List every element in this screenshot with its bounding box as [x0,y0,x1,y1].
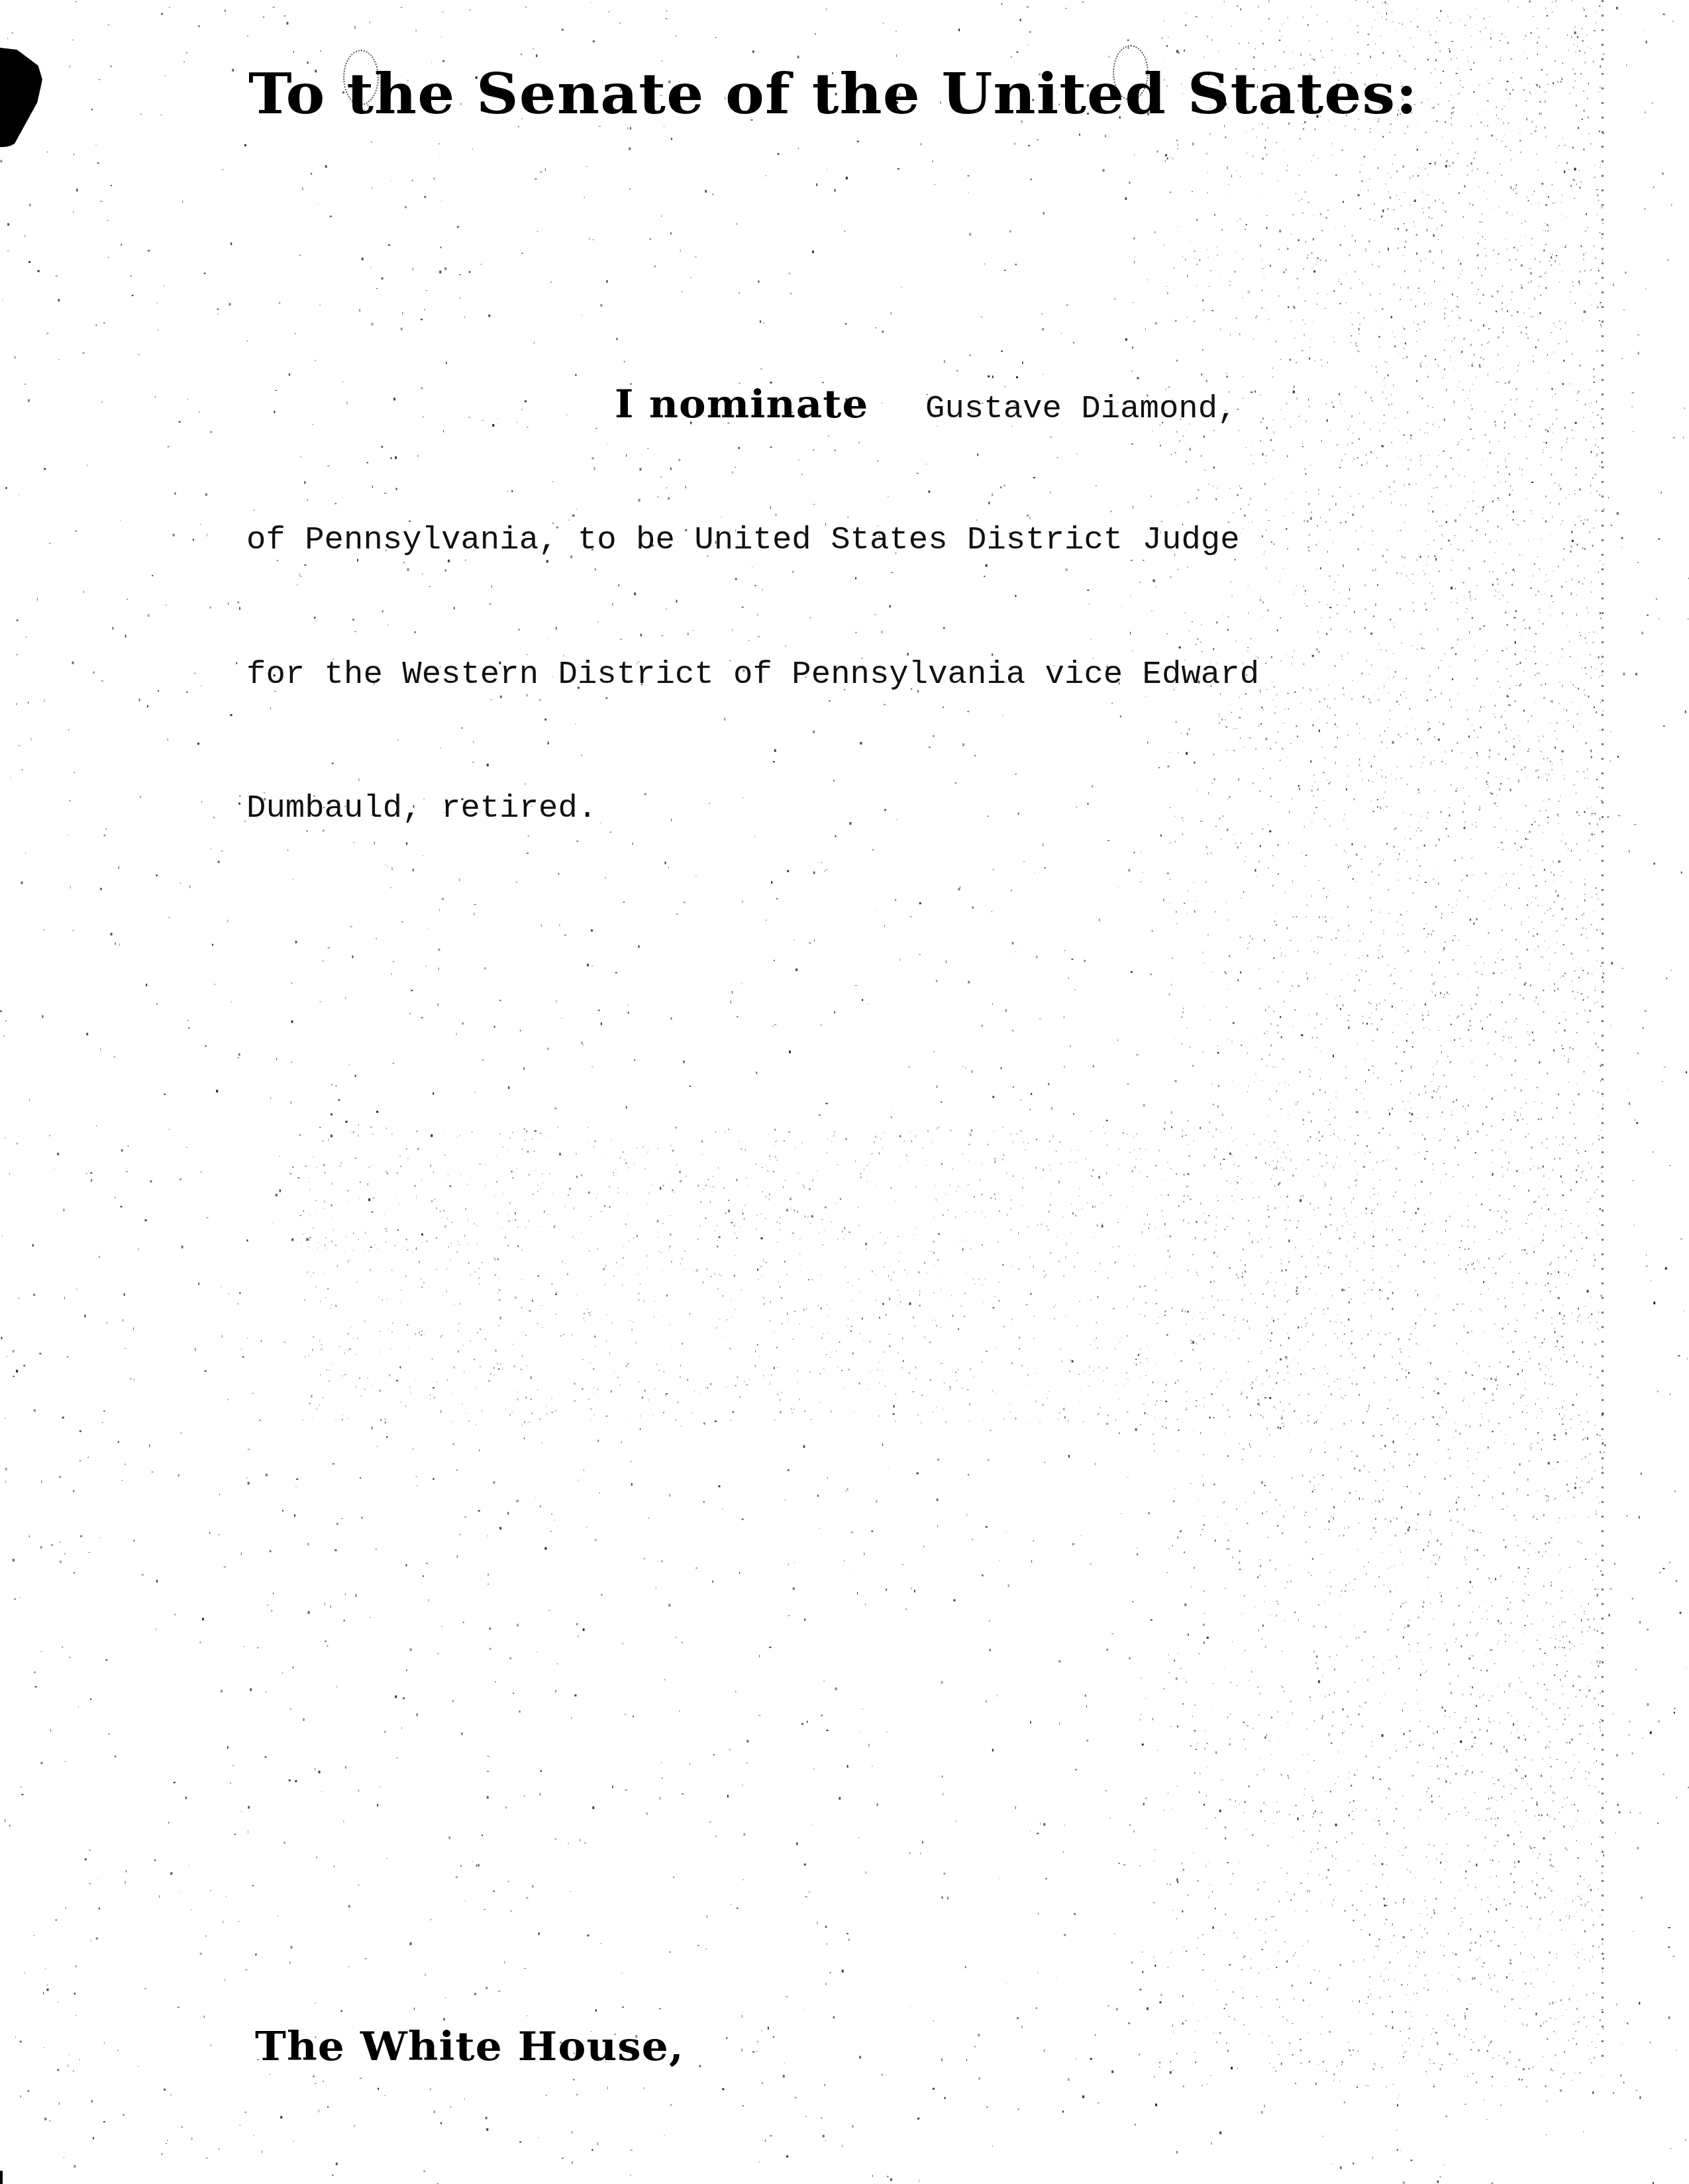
binding-edge-artifact [1602,0,1604,2067]
closing-signature-block: The White House, [255,2020,684,2073]
body-line: of Pennsylvania, to be United States Dis… [246,513,1240,566]
scan-edge-artifact [0,48,42,147]
body-line: for the Western District of Pennsylvania… [246,648,1259,701]
nominee-name: Gustave Diamond, [925,382,1237,435]
nominate-lead: I nominate [615,378,868,431]
body-line: Dumbauld, retired. [246,782,597,835]
scan-corner-artifact [0,2171,3,2184]
scan-speckle-noise [0,0,1689,2184]
document-page: To the Senate of the United States: I no… [0,0,1689,2184]
nomination-line: I nominate Gustave Diamond, [615,378,1237,431]
salutation-heading: To the Senate of the United States: [248,61,1418,127]
